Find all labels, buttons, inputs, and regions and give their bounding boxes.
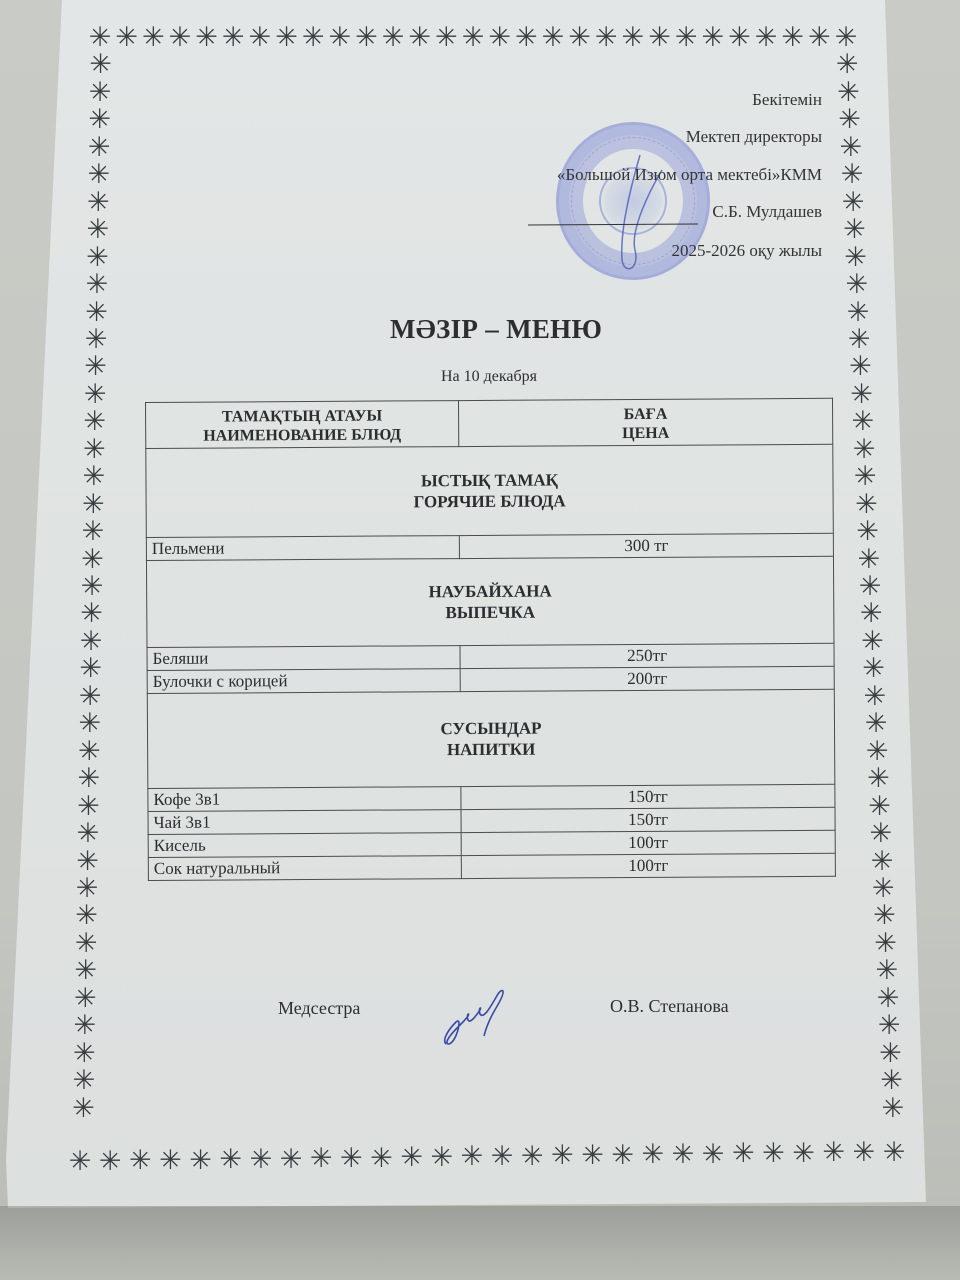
asterisk-ornament-icon: ✳ xyxy=(78,546,106,574)
asterisk-ornament-icon: ✳ xyxy=(866,793,894,821)
approval-school-year: 2025-2026 оқу жылы xyxy=(672,241,823,261)
asterisk-ornament-icon: ✳ xyxy=(876,1040,904,1068)
asterisk-ornament-icon: ✳ xyxy=(79,491,107,519)
asterisk-ornament-icon: ✳ xyxy=(75,738,103,766)
asterisk-ornament-icon: ✳ xyxy=(512,24,540,52)
asterisk-ornament-icon: ✳ xyxy=(72,957,100,985)
column-header-price: БАҒА ЦЕНА xyxy=(458,398,832,446)
asterisk-ornament-icon: ✳ xyxy=(488,1143,516,1171)
asterisk-ornament-icon: ✳ xyxy=(86,79,114,107)
section-row: ЫСТЫҚ ТАМАҚГОРЯЧИЕ БЛЮДА xyxy=(146,444,834,537)
asterisk-ornament-icon: ✳ xyxy=(379,24,407,52)
asterisk-ornament-icon: ✳ xyxy=(246,24,274,52)
asterisk-ornament-icon: ✳ xyxy=(273,24,301,52)
asterisk-ornament-icon: ✳ xyxy=(406,24,434,52)
asterisk-ornament-icon: ✳ xyxy=(699,24,727,52)
dish-price: 200тг xyxy=(460,666,834,691)
dish-price: 100тг xyxy=(461,830,835,855)
asterisk-ornament-icon: ✳ xyxy=(646,24,674,52)
asterisk-ornament-icon: ✳ xyxy=(367,1145,395,1173)
asterisk-ornament-icon: ✳ xyxy=(84,189,112,217)
column-header-name-kz: ТАМАҚТЫҢ АТАУЫ xyxy=(150,406,454,427)
section-title: СУСЫНДАРНАПИТКИ xyxy=(147,689,835,788)
asterisk-ornament-icon: ✳ xyxy=(619,24,647,52)
asterisk-ornament-icon: ✳ xyxy=(458,1143,486,1171)
asterisk-ornament-icon: ✳ xyxy=(156,1147,184,1175)
asterisk-ornament-icon: ✳ xyxy=(875,1012,903,1040)
asterisk-ornament-icon: ✳ xyxy=(880,1139,908,1167)
asterisk-ornament-icon: ✳ xyxy=(398,1144,426,1172)
asterisk-ornament-icon: ✳ xyxy=(352,24,380,52)
asterisk-ornament-icon: ✳ xyxy=(76,710,104,738)
asterisk-ornament-icon: ✳ xyxy=(851,463,879,491)
asterisk-ornament-icon: ✳ xyxy=(77,655,105,683)
asterisk-ornament-icon: ✳ xyxy=(579,1142,607,1170)
section-row: НАУБАЙХАНАВЫПЕЧКА xyxy=(146,556,834,647)
asterisk-ornament-icon: ✳ xyxy=(832,24,860,52)
asterisk-ornament-icon: ✳ xyxy=(672,24,700,52)
asterisk-ornament-icon: ✳ xyxy=(699,1141,727,1169)
asterisk-ornament-icon: ✳ xyxy=(85,161,113,189)
asterisk-ornament-icon: ✳ xyxy=(870,902,898,930)
section-title-ru: ВЫПЕЧКА xyxy=(152,600,828,625)
asterisk-ornament-icon: ✳ xyxy=(836,106,864,134)
asterisk-ornament-icon: ✳ xyxy=(69,1095,97,1123)
asterisk-ornament-icon: ✳ xyxy=(80,463,108,491)
column-header-name-ru: НАИМЕНОВАНИЕ БЛЮД xyxy=(150,425,454,446)
asterisk-ornament-icon: ✳ xyxy=(844,299,872,327)
asterisk-ornament-icon: ✳ xyxy=(805,24,833,52)
asterisk-ornament-icon: ✳ xyxy=(126,1147,154,1175)
approval-director-name: С.Б. Мулдашев xyxy=(712,202,822,222)
asterisk-ornament-icon: ✳ xyxy=(217,1146,245,1174)
dish-name: Кисель xyxy=(148,833,461,858)
asterisk-ornament-icon: ✳ xyxy=(73,902,101,930)
asterisk-ornament-icon: ✳ xyxy=(850,1139,878,1167)
asterisk-ornament-icon: ✳ xyxy=(70,1040,98,1068)
menu-date: На 10 декабря xyxy=(441,368,537,386)
asterisk-ornament-icon: ✳ xyxy=(219,24,247,52)
dish-name: Кофе 3в1 xyxy=(148,787,461,812)
asterisk-ornament-icon: ✳ xyxy=(518,1143,546,1171)
asterisk-ornament-icon: ✳ xyxy=(78,600,106,628)
asterisk-ornament-icon: ✳ xyxy=(73,875,101,903)
asterisk-ornament-icon: ✳ xyxy=(76,683,104,711)
asterisk-ornament-icon: ✳ xyxy=(82,353,110,381)
asterisk-ornament-icon: ✳ xyxy=(72,930,100,958)
asterisk-ornament-icon: ✳ xyxy=(867,820,895,848)
asterisk-ornament-icon: ✳ xyxy=(79,518,107,546)
asterisk-ornament-icon: ✳ xyxy=(840,216,868,244)
asterisk-ornament-icon: ✳ xyxy=(874,985,902,1013)
asterisk-ornament-icon: ✳ xyxy=(307,1145,335,1173)
asterisk-ornament-icon: ✳ xyxy=(86,106,114,134)
approval-label: Бекітемін xyxy=(752,90,822,110)
asterisk-ornament-icon: ✳ xyxy=(834,79,862,107)
menu-table: ТАМАҚТЫҢ АТАУЫ НАИМЕНОВАНИЕ БЛЮД БАҒА ЦЕ… xyxy=(145,398,836,881)
asterisk-ornament-icon: ✳ xyxy=(74,848,102,876)
asterisk-ornament-icon: ✳ xyxy=(66,1148,94,1176)
asterisk-ornament-icon: ✳ xyxy=(566,24,594,52)
asterisk-ornament-icon: ✳ xyxy=(790,1140,818,1168)
approval-organization: «Большой Изюм орта мектебі»КММ xyxy=(557,165,822,185)
approval-position: Мектеп директоры xyxy=(686,127,822,147)
asterisk-ornament-icon: ✳ xyxy=(82,326,110,354)
section-title: НАУБАЙХАНАВЫПЕЧКА xyxy=(146,556,834,647)
menu-table-body: ЫСТЫҚ ТАМАҚГОРЯЧИЕ БЛЮДАПельмени300 тгНА… xyxy=(146,444,836,880)
asterisk-ornament-icon: ✳ xyxy=(83,271,111,299)
document-content: ✳✳✳✳✳✳✳✳✳✳✳✳✳✳✳✳✳✳✳✳✳✳✳✳✳✳✳✳✳✳✳✳✳✳✳✳✳✳✳✳… xyxy=(0,0,960,1280)
asterisk-ornament-icon: ✳ xyxy=(85,134,113,162)
asterisk-ornament-icon: ✳ xyxy=(84,216,112,244)
asterisk-ornament-icon: ✳ xyxy=(539,24,567,52)
asterisk-ornament-icon: ✳ xyxy=(843,271,871,299)
asterisk-ornament-icon: ✳ xyxy=(193,24,221,52)
asterisk-ornament-icon: ✳ xyxy=(139,24,167,52)
section-row: СУСЫНДАРНАПИТКИ xyxy=(147,689,835,788)
asterisk-ornament-icon: ✳ xyxy=(850,436,878,464)
asterisk-ornament-icon: ✳ xyxy=(863,738,891,766)
asterisk-ornament-icon: ✳ xyxy=(459,24,487,52)
dish-price: 250тг xyxy=(460,643,834,668)
asterisk-ornament-icon: ✳ xyxy=(852,491,880,519)
section-title-ru: НАПИТКИ xyxy=(153,737,829,762)
dish-price: 150тг xyxy=(461,807,835,832)
asterisk-ornament-icon: ✳ xyxy=(861,683,889,711)
asterisk-ornament-icon: ✳ xyxy=(842,244,870,272)
asterisk-ornament-icon: ✳ xyxy=(187,1147,215,1175)
asterisk-ornament-icon: ✳ xyxy=(838,161,866,189)
asterisk-ornament-icon: ✳ xyxy=(592,24,620,52)
asterisk-ornament-icon: ✳ xyxy=(833,51,861,79)
asterisk-ornament-icon: ✳ xyxy=(725,24,753,52)
asterisk-ornament-icon: ✳ xyxy=(837,134,865,162)
asterisk-ornament-icon: ✳ xyxy=(75,765,103,793)
table-header-row: ТАМАҚТЫҢ АТАУЫ НАИМЕНОВАНИЕ БЛЮД БАҒА ЦЕ… xyxy=(146,398,833,448)
asterisk-ornament-icon: ✳ xyxy=(878,1067,906,1095)
asterisk-ornament-icon: ✳ xyxy=(428,1144,456,1172)
asterisk-ornament-icon: ✳ xyxy=(81,381,109,409)
table-row: Сок натуральный100тг xyxy=(148,853,835,880)
dish-name: Булочки с корицей xyxy=(147,669,460,694)
asterisk-ornament-icon: ✳ xyxy=(849,408,877,436)
dish-name: Беляши xyxy=(147,646,460,671)
asterisk-ornament-icon: ✳ xyxy=(70,1067,98,1095)
nurse-signature-icon xyxy=(438,986,518,1050)
dish-price: 150тг xyxy=(461,784,835,809)
section-title-ru: ГОРЯЧИЕ БЛЮДА xyxy=(152,489,828,514)
asterisk-ornament-icon: ✳ xyxy=(83,244,111,272)
asterisk-ornament-icon: ✳ xyxy=(856,573,884,601)
asterisk-ornament-icon: ✳ xyxy=(862,710,890,738)
asterisk-ornament-icon: ✳ xyxy=(855,546,883,574)
asterisk-ornament-icon: ✳ xyxy=(879,1095,907,1123)
asterisk-ornament-icon: ✳ xyxy=(299,24,327,52)
asterisk-ornament-icon: ✳ xyxy=(80,436,108,464)
asterisk-ornament-icon: ✳ xyxy=(166,24,194,52)
dish-price: 300 тг xyxy=(459,533,833,558)
asterisk-ornament-icon: ✳ xyxy=(113,24,141,52)
asterisk-ornament-icon: ✳ xyxy=(729,1140,757,1168)
asterisk-ornament-icon: ✳ xyxy=(854,518,882,546)
asterisk-ornament-icon: ✳ xyxy=(609,1142,637,1170)
dish-name: Чай 3в1 xyxy=(148,810,461,835)
asterisk-ornament-icon: ✳ xyxy=(71,985,99,1013)
dish-name: Пельмени xyxy=(146,536,459,561)
asterisk-ornament-icon: ✳ xyxy=(432,24,460,52)
asterisk-ornament-icon: ✳ xyxy=(752,24,780,52)
asterisk-ornament-icon: ✳ xyxy=(779,24,807,52)
asterisk-ornament-icon: ✳ xyxy=(873,957,901,985)
nurse-name: О.В. Степанова xyxy=(610,996,729,1017)
asterisk-ornament-icon: ✳ xyxy=(71,1012,99,1040)
asterisk-ornament-icon: ✳ xyxy=(486,24,514,52)
asterisk-ornament-icon: ✳ xyxy=(846,353,874,381)
asterisk-ornament-icon: ✳ xyxy=(78,573,106,601)
asterisk-ornament-icon: ✳ xyxy=(77,628,105,656)
asterisk-ornament-icon: ✳ xyxy=(820,1139,848,1167)
asterisk-ornament-icon: ✳ xyxy=(857,600,885,628)
asterisk-ornament-icon: ✳ xyxy=(848,381,876,409)
asterisk-ornament-icon: ✳ xyxy=(872,930,900,958)
asterisk-ornament-icon: ✳ xyxy=(845,326,873,354)
asterisk-ornament-icon: ✳ xyxy=(326,24,354,52)
asterisk-ornament-icon: ✳ xyxy=(548,1142,576,1170)
asterisk-ornament-icon: ✳ xyxy=(864,765,892,793)
asterisk-ornament-icon: ✳ xyxy=(83,299,111,327)
column-header-name: ТАМАҚТЫҢ АТАУЫ НАИМЕНОВАНИЕ БЛЮД xyxy=(146,401,459,449)
asterisk-ornament-icon: ✳ xyxy=(858,628,886,656)
asterisk-ornament-icon: ✳ xyxy=(247,1146,275,1174)
column-header-price-ru: ЦЕНА xyxy=(463,423,828,444)
asterisk-ornament-icon: ✳ xyxy=(74,793,102,821)
nurse-role: Медсестра xyxy=(278,998,360,1019)
asterisk-ornament-icon: ✳ xyxy=(639,1141,667,1169)
section-title: ЫСТЫҚ ТАМАҚГОРЯЧИЕ БЛЮДА xyxy=(146,444,834,537)
asterisk-ornament-icon: ✳ xyxy=(81,408,109,436)
asterisk-ornament-icon: ✳ xyxy=(669,1141,697,1169)
asterisk-ornament-icon: ✳ xyxy=(869,875,897,903)
asterisk-ornament-icon: ✳ xyxy=(74,820,102,848)
asterisk-ornament-icon: ✳ xyxy=(87,51,115,79)
asterisk-ornament-icon: ✳ xyxy=(759,1140,787,1168)
asterisk-ornament-icon: ✳ xyxy=(337,1145,365,1173)
page-title: МӘЗІР – МЕНЮ xyxy=(390,314,602,345)
asterisk-ornament-icon: ✳ xyxy=(86,24,114,52)
asterisk-ornament-icon: ✳ xyxy=(868,848,896,876)
dish-name: Сок натуральный xyxy=(148,856,461,881)
asterisk-ornament-icon: ✳ xyxy=(96,1148,124,1176)
asterisk-ornament-icon: ✳ xyxy=(839,189,867,217)
dish-price: 100тг xyxy=(461,853,835,878)
column-header-price-kz: БАҒА xyxy=(463,404,828,425)
asterisk-ornament-icon: ✳ xyxy=(277,1146,305,1174)
asterisk-ornament-icon: ✳ xyxy=(860,655,888,683)
